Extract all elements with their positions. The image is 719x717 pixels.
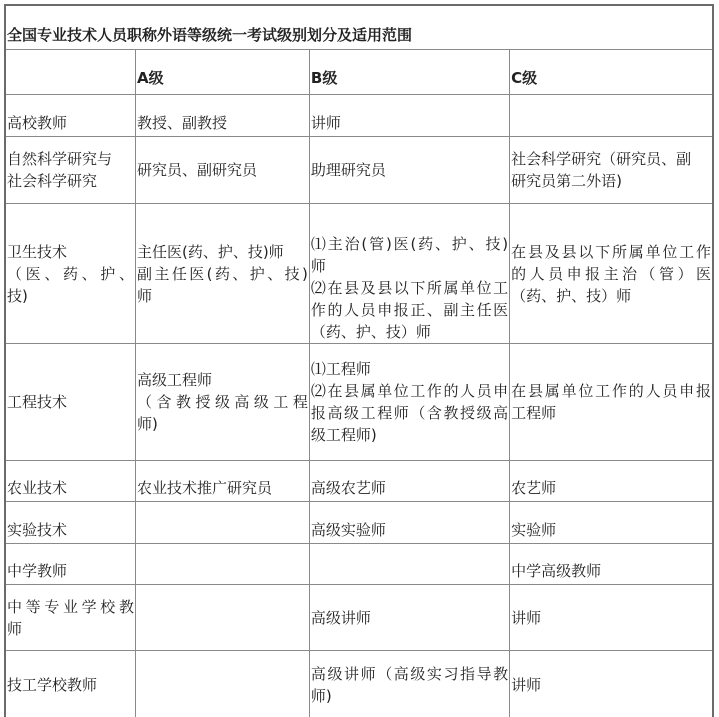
text-line: （药、护、技）师 [311, 321, 508, 343]
cell-c: 讲师 [510, 651, 713, 717]
cell-category: 农业技术 [5, 461, 135, 502]
text-line: 在县及县以下所属单位工作 [511, 241, 711, 263]
cell-a: 高级工程师 （含教授级高级工程 师) [135, 344, 309, 461]
table-row: 中学教师 中学高级教师 [5, 544, 713, 585]
text-line: 自然科学研究与 [7, 148, 134, 170]
header-c-level: C级 [510, 50, 713, 95]
text-line: 师) [137, 413, 308, 435]
text-line: 作的人员申报正、副主任医 [311, 299, 508, 321]
cell-c: 中学高级教师 [510, 544, 713, 585]
text-line: 高级工程师 [137, 369, 308, 391]
text-line: ⑴工程师 [311, 358, 508, 380]
cell-a: 研究员、副研究员 [135, 137, 309, 204]
header-b-level: B级 [309, 50, 509, 95]
text-line: 中等专业学校教 [7, 596, 134, 618]
text-line: 社会科学研究 [7, 170, 134, 192]
cell-c: 实验师 [510, 502, 713, 544]
table-row: 卫生技术 （医、药、护、 技) 主任医(药、护、技)师 副主任医(药、护、技) … [5, 204, 713, 344]
text-line: （药、护、技）师 [511, 285, 711, 307]
header-a-level: A级 [135, 50, 309, 95]
text-line: 师) [311, 685, 508, 707]
table-row: 自然科学研究与 社会科学研究 研究员、副研究员 助理研究员 社会科学研究（研究员… [5, 137, 713, 204]
cell-b [309, 544, 509, 585]
text-line: 的人员申报主治（管）医 [511, 263, 711, 285]
header-category [5, 50, 135, 95]
text-line: 主任医(药、护、技)师 [137, 241, 308, 263]
cell-b: 高级讲师 [309, 585, 509, 651]
text-line: 卫生技术 [7, 241, 134, 263]
cell-a: 教授、副教授 [135, 95, 309, 137]
cell-a [135, 544, 309, 585]
table-title: 全国专业技术人员职称外语等级统一考试级别划分及适用范围 [5, 5, 713, 50]
cell-category: 技工学校教师 [5, 651, 135, 717]
cell-a [135, 651, 309, 717]
text-line: 师 [7, 618, 134, 640]
cell-c: 社会科学研究（研究员、副 研究员第二外语) [510, 137, 713, 204]
cell-b: ⑴工程师 ⑵在县属单位工作的人员申 报高级工程师（含教授级高 级工程师) [309, 344, 509, 461]
cell-c [510, 95, 713, 137]
text-line: 副主任医(药、护、技) [137, 263, 308, 285]
text-line: 技) [7, 285, 134, 307]
document: 全国专业技术人员职称外语等级统一考试级别划分及适用范围 A级 B级 C级 高校教… [4, 4, 714, 717]
table-row: 实验技术 高级实验师 实验师 [5, 502, 713, 544]
cell-c: 在县属单位工作的人员申报 工程师 [510, 344, 713, 461]
cell-b: 助理研究员 [309, 137, 509, 204]
cell-category: 中等专业学校教 师 [5, 585, 135, 651]
cell-a [135, 585, 309, 651]
text-line: ⑵在县属单位工作的人员申 [311, 380, 508, 402]
cell-c: 在县及县以下所属单位工作 的人员申报主治（管）医 （药、护、技）师 [510, 204, 713, 344]
cell-b: 高级实验师 [309, 502, 509, 544]
table-row: 技工学校教师 高级讲师（高级实习指导教 师) 讲师 [5, 651, 713, 717]
cell-b: 讲师 [309, 95, 509, 137]
exam-level-table: 全国专业技术人员职称外语等级统一考试级别划分及适用范围 A级 B级 C级 高校教… [4, 4, 714, 717]
cell-c: 农艺师 [510, 461, 713, 502]
text-line: 师 [311, 255, 508, 277]
text-line: 级工程师) [311, 424, 508, 446]
cell-a: 农业技术推广研究员 [135, 461, 309, 502]
cell-category: 中学教师 [5, 544, 135, 585]
text-line: 在县属单位工作的人员申报 [511, 380, 711, 402]
text-line: 社会科学研究（研究员、副 [511, 148, 711, 170]
table-row: 农业技术 农业技术推广研究员 高级农艺师 农艺师 [5, 461, 713, 502]
text-line: 研究员第二外语) [511, 170, 711, 192]
cell-category: 高校教师 [5, 95, 135, 137]
table-row: 中等专业学校教 师 高级讲师 讲师 [5, 585, 713, 651]
text-line: ⑵在县及县以下所属单位工 [311, 277, 508, 299]
text-line: 工程师 [511, 402, 711, 424]
cell-category: 卫生技术 （医、药、护、 技) [5, 204, 135, 344]
title-row: 全国专业技术人员职称外语等级统一考试级别划分及适用范围 [5, 5, 713, 50]
cell-category: 自然科学研究与 社会科学研究 [5, 137, 135, 204]
cell-category: 实验技术 [5, 502, 135, 544]
cell-b: 高级讲师（高级实习指导教 师) [309, 651, 509, 717]
cell-category: 工程技术 [5, 344, 135, 461]
cell-a: 主任医(药、护、技)师 副主任医(药、护、技) 师 [135, 204, 309, 344]
cell-b: ⑴主治(管)医(药、护、技) 师 ⑵在县及县以下所属单位工 作的人员申报正、副主… [309, 204, 509, 344]
text-line: 报高级工程师（含教授级高 [311, 402, 508, 424]
cell-b: 高级农艺师 [309, 461, 509, 502]
table-row: 工程技术 高级工程师 （含教授级高级工程 师) ⑴工程师 ⑵在县属单位工作的人员… [5, 344, 713, 461]
cell-c: 讲师 [510, 585, 713, 651]
text-line: 高级讲师（高级实习指导教 [311, 663, 508, 685]
text-line: （医、药、护、 [7, 263, 134, 285]
text-line: ⑴主治(管)医(药、护、技) [311, 233, 508, 255]
text-line: 师 [137, 285, 308, 307]
cell-a [135, 502, 309, 544]
header-row: A级 B级 C级 [5, 50, 713, 95]
table-row: 高校教师 教授、副教授 讲师 [5, 95, 713, 137]
text-line: （含教授级高级工程 [137, 391, 308, 413]
